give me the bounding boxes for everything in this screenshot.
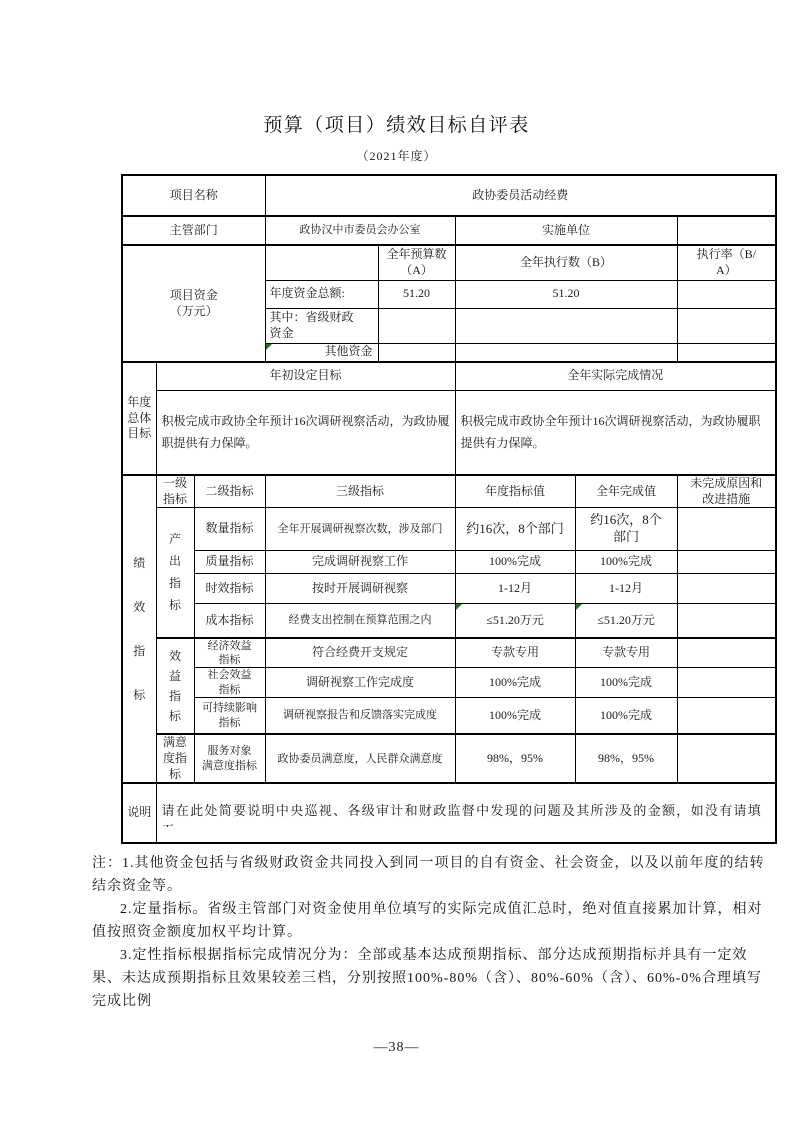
fund-exec-cell: 51.20 — [455, 280, 677, 308]
goal-actual-text-cell: 积极完成市政协全年预计16次调研视察活动，为政协履职提供有力保障。 — [455, 390, 776, 475]
budget-col-header-cell: 全年预算数 （A） — [378, 245, 455, 280]
perf-annual-cell: 约16次，8个部门 — [455, 508, 575, 551]
exec-col-header-cell: 全年执行数（B） — [455, 245, 677, 280]
perf-l2-cell: 服务对象 满意度指标 — [194, 734, 265, 783]
table-row: 主管部门 政协汉中市委员会办公室 实施单位 — [122, 216, 776, 245]
table-row: 项目名称 政协委员活动经费 — [122, 175, 776, 216]
perf-reason-header-cell: 未完成原因和 改进措施 — [677, 475, 776, 508]
note-line: 注：1.其他资金包括与省级财政资金共同投入到同一项目的自有资金、社会资金，以及以… — [92, 852, 776, 898]
fund-exec-cell — [455, 343, 677, 362]
table-row: 项目资金 （万元） 全年预算数 （A） 全年执行数（B） 执行率（B/ A） — [122, 245, 776, 280]
goal-set-header-cell: 年初设定目标 — [156, 362, 455, 390]
perf-reason-cell — [677, 734, 776, 783]
perf-annual-cell: 98%，95% — [455, 734, 575, 783]
document-page: 预算（项目）绩效目标自评表 （2021年度） 项目名称 政协委员活动经费 主管部… — [0, 0, 793, 1122]
goal-actual-header-cell: 全年实际完成情况 — [455, 362, 776, 390]
page-number: —38— — [0, 1040, 793, 1056]
note-line: 3.定性指标根据指标完成情况分为：全部或基本达成预期指标、部分达成预期指标并具有… — [92, 944, 776, 1013]
fund-row-label-cell: 其他资金 — [265, 343, 378, 362]
table-row: 产 出 指 标 数量指标 全年开展调研视察次数，涉及部门 约16次，8个部门 约… — [122, 508, 776, 551]
dept-value-cell: 政协汉中市委员会办公室 — [265, 216, 455, 245]
perf-l3-cell: 调研视察工作完成度 — [265, 668, 455, 698]
perf-l3-cell: 政协委员满意度，人民群众满意度 — [265, 734, 455, 783]
perf-annual-cell: ≤51.20万元 — [455, 604, 575, 638]
perf-complete-cell: 100%完成 — [575, 551, 677, 574]
table-row: 满意 度指 标 服务对象 满意度指标 政协委员满意度，人民群众满意度 98%，9… — [122, 734, 776, 783]
perf-l3-cell: 全年开展调研视察次数，涉及部门 — [265, 508, 455, 551]
fund-rate-cell — [677, 343, 776, 362]
perf-group-output-cell: 产 出 指 标 — [156, 508, 194, 638]
fund-budget-cell — [378, 308, 455, 343]
perf-group-satisfaction-cell: 满意 度指 标 — [156, 734, 194, 783]
perf-l3-cell: 经费支出控制在预算范围之内 — [265, 604, 455, 638]
perf-level1-header-cell: 一级 指标 — [156, 475, 194, 508]
table-row: 绩 效 指 标 一级 指标 二级指标 三级指标 年度指标值 全年完成值 未完成原… — [122, 475, 776, 508]
perf-l2-cell: 经济效益 指标 — [194, 638, 265, 668]
goal-set-text-cell: 积极完成市政协全年预计16次调研视察活动，为政协履职提供有力保障。 — [156, 390, 455, 475]
fund-row-label-cell: 年度资金总额: — [265, 280, 378, 308]
perf-reason-cell — [677, 508, 776, 551]
remark-label-cell: 说明 — [122, 783, 156, 843]
page-title: 预算（项目）绩效目标自评表 — [0, 0, 793, 137]
perf-complete-cell: ≤51.20万元 — [575, 604, 677, 638]
table-row: 积极完成市政协全年预计16次调研视察活动，为政协履职提供有力保障。 积极完成市政… — [122, 390, 776, 475]
fund-rate-cell — [677, 308, 776, 343]
perf-l2-cell: 质量指标 — [194, 551, 265, 574]
fund-budget-cell: 51.20 — [378, 280, 455, 308]
perf-label-cell: 绩 效 指 标 — [122, 475, 156, 783]
perf-complete-cell: 专款专用 — [575, 638, 677, 668]
perf-reason-cell — [677, 697, 776, 734]
perf-complete-cell: 98%，95% — [575, 734, 677, 783]
project-name-label-cell: 项目名称 — [122, 175, 265, 216]
fund-budget-cell — [378, 343, 455, 362]
perf-reason-cell — [677, 574, 776, 604]
perf-l2-cell: 数量指标 — [194, 508, 265, 551]
table-row: 成本指标 经费支出控制在预算范围之内 ≤51.20万元 ≤51.20万元 — [122, 604, 776, 638]
remark-text: 请在此处简要说明中央巡视、各级审计和财政监督中发现的问题及其所涉及的金额，如没有… — [159, 800, 774, 827]
self-eval-table: 项目名称 政协委员活动经费 主管部门 政协汉中市委员会办公室 实施单位 项目资金… — [121, 174, 777, 844]
perf-reason-cell — [677, 604, 776, 638]
table-row: 可持续影响 指标 调研视察报告和反馈落实完成度 100%完成 100%完成 — [122, 697, 776, 734]
project-name-value-cell: 政协委员活动经费 — [265, 175, 776, 216]
table-row: 社会效益 指标 调研视察工作完成度 100%完成 100%完成 — [122, 668, 776, 698]
footnotes: 注：1.其他资金包括与省级财政资金共同投入到同一项目的自有资金、社会资金，以及以… — [92, 852, 776, 1013]
perf-l3-cell: 符合经费开支规定 — [265, 638, 455, 668]
perf-reason-cell — [677, 668, 776, 698]
perf-l2-cell: 社会效益 指标 — [194, 668, 265, 698]
perf-complete-cell: 1-12月 — [575, 574, 677, 604]
perf-l3-cell: 完成调研视察工作 — [265, 551, 455, 574]
perf-complete-header-cell: 全年完成值 — [575, 475, 677, 508]
perf-complete-cell: 约16次，8个 部门 — [575, 508, 677, 551]
perf-annual-cell: 100%完成 — [455, 551, 575, 574]
table-row: 时效指标 按时开展调研视察 1-12月 1-12月 — [122, 574, 776, 604]
perf-level2-header-cell: 二级指标 — [194, 475, 265, 508]
perf-l3-cell: 按时开展调研视察 — [265, 574, 455, 604]
note-line: 2.定量指标。省级主管部门对资金使用单位填写的实际完成值汇总时，绝对值直接累加计… — [92, 898, 776, 944]
perf-l2-cell: 可持续影响 指标 — [194, 697, 265, 734]
perf-l2-cell: 成本指标 — [194, 604, 265, 638]
impl-label-cell: 实施单位 — [455, 216, 677, 245]
page-subtitle: （2021年度） — [0, 147, 793, 164]
perf-annual-header-cell: 年度指标值 — [455, 475, 575, 508]
table-row: 质量指标 完成调研视察工作 100%完成 100%完成 — [122, 551, 776, 574]
perf-reason-cell — [677, 638, 776, 668]
perf-reason-cell — [677, 551, 776, 574]
perf-level3-header-cell: 三级指标 — [265, 475, 455, 508]
perf-l2-cell: 时效指标 — [194, 574, 265, 604]
perf-complete-cell: 100%完成 — [575, 668, 677, 698]
remark-text-cell: 请在此处简要说明中央巡视、各级审计和财政监督中发现的问题及其所涉及的金额，如没有… — [156, 783, 776, 843]
fund-rate-cell — [677, 280, 776, 308]
empty-cell — [265, 245, 378, 280]
table-row: 效 益 指 标 经济效益 指标 符合经费开支规定 专款专用 专款专用 — [122, 638, 776, 668]
dept-label-cell: 主管部门 — [122, 216, 265, 245]
perf-complete-cell: 100%完成 — [575, 697, 677, 734]
perf-annual-cell: 100%完成 — [455, 668, 575, 698]
perf-group-benefit-cell: 效 益 指 标 — [156, 638, 194, 735]
rate-col-header-cell: 执行率（B/ A） — [677, 245, 776, 280]
perf-annual-cell: 100%完成 — [455, 697, 575, 734]
fund-row-label-cell: 其中：省级财政 资金 — [265, 308, 378, 343]
perf-annual-cell: 1-12月 — [455, 574, 575, 604]
fund-exec-cell — [455, 308, 677, 343]
table-row: 说明 请在此处简要说明中央巡视、各级审计和财政监督中发现的问题及其所涉及的金额，… — [122, 783, 776, 843]
perf-annual-cell: 专款专用 — [455, 638, 575, 668]
table-row: 年度 总体 目标 年初设定目标 全年实际完成情况 — [122, 362, 776, 390]
perf-l3-cell: 调研视察报告和反馈落实完成度 — [265, 697, 455, 734]
fund-label-cell: 项目资金 （万元） — [122, 245, 265, 362]
impl-value-cell — [677, 216, 776, 245]
goal-label-cell: 年度 总体 目标 — [122, 362, 156, 475]
